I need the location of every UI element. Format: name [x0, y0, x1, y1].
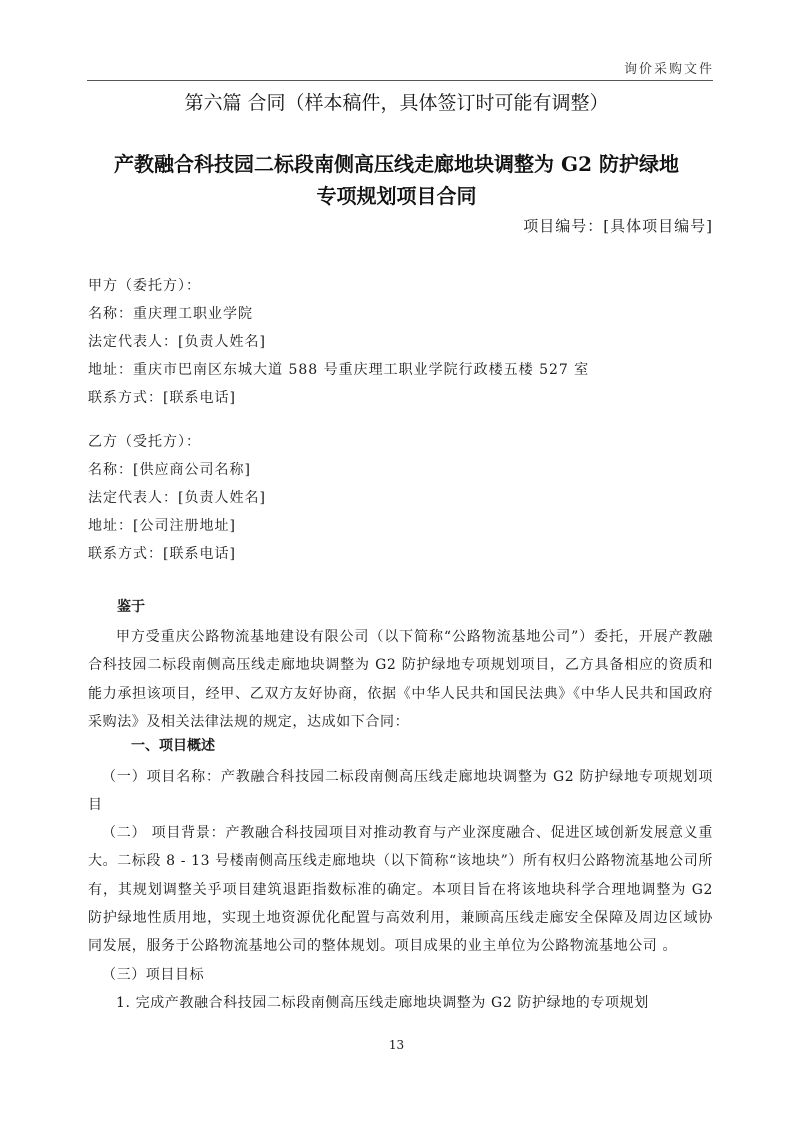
party-b-label: 乙方（受托方）：	[88, 428, 266, 456]
header-rule	[87, 80, 713, 81]
document-title: 产教融合科技园二标段南侧高压线走廊地块调整为 G2 防护绿地 专项规划项目合同	[0, 148, 793, 212]
whereas-heading: 鉴于	[117, 596, 145, 616]
party-b-block: 乙方（受托方）： 名称：[供应商公司名称] 法定代表人：[负责人姓名] 地址：[…	[88, 428, 266, 568]
party-a-legal-rep: 法定代表人：[负责人姓名]	[88, 328, 589, 356]
document-title-line2: 专项规划项目合同	[0, 180, 793, 212]
part-title: 第六篇 合同（样本稿件，具体签订时可能有调整）	[0, 88, 793, 115]
project-number: 项目编号：[具体项目编号]	[523, 215, 713, 236]
party-b-name: 名称：[供应商公司名称]	[88, 456, 266, 484]
party-a-address: 地址：重庆市巴南区东城大道 588 号重庆理工职业学院行政楼五楼 527 室	[88, 356, 589, 384]
document-title-line1: 产教融合科技园二标段南侧高压线走廊地块调整为 G2 防护绿地	[0, 148, 793, 180]
page-header-text: 询价采购文件	[624, 58, 714, 77]
party-b-contact: 联系方式：[联系电话]	[88, 540, 266, 568]
party-a-name: 名称：重庆理工职业学院	[88, 300, 589, 328]
whereas-paragraph: 甲方受重庆公路物流基地建设有限公司（以下简称“公路物流基地公司”）委托，开展产教…	[88, 623, 713, 736]
party-a-block: 甲方（委托方）： 名称：重庆理工职业学院 法定代表人：[负责人姓名] 地址：重庆…	[88, 272, 589, 412]
party-b-legal-rep: 法定代表人：[负责人姓名]	[88, 484, 266, 512]
party-b-address: 地址：[公司注册地址]	[88, 512, 266, 540]
page-number: 13	[0, 1038, 793, 1052]
project-goals-heading: （三）项目目标	[88, 961, 713, 989]
party-a-label: 甲方（委托方）：	[88, 272, 589, 300]
project-goal-1: 1. 完成产教融合科技园二标段南侧高压线走廊地块调整为 G2 防护绿地的专项规划	[88, 989, 713, 1017]
project-name-paragraph: （一）项目名称：产教融合科技园二标段南侧高压线走廊地块调整为 G2 防护绿地专项…	[88, 763, 713, 820]
project-background-paragraph: （二） 项目背景：产教融合科技园项目对推动教育与产业深度融合、促进区域创新发展意…	[88, 819, 713, 960]
section-1-heading: 一、项目概述	[131, 735, 215, 755]
party-a-contact: 联系方式：[联系电话]	[88, 384, 589, 412]
